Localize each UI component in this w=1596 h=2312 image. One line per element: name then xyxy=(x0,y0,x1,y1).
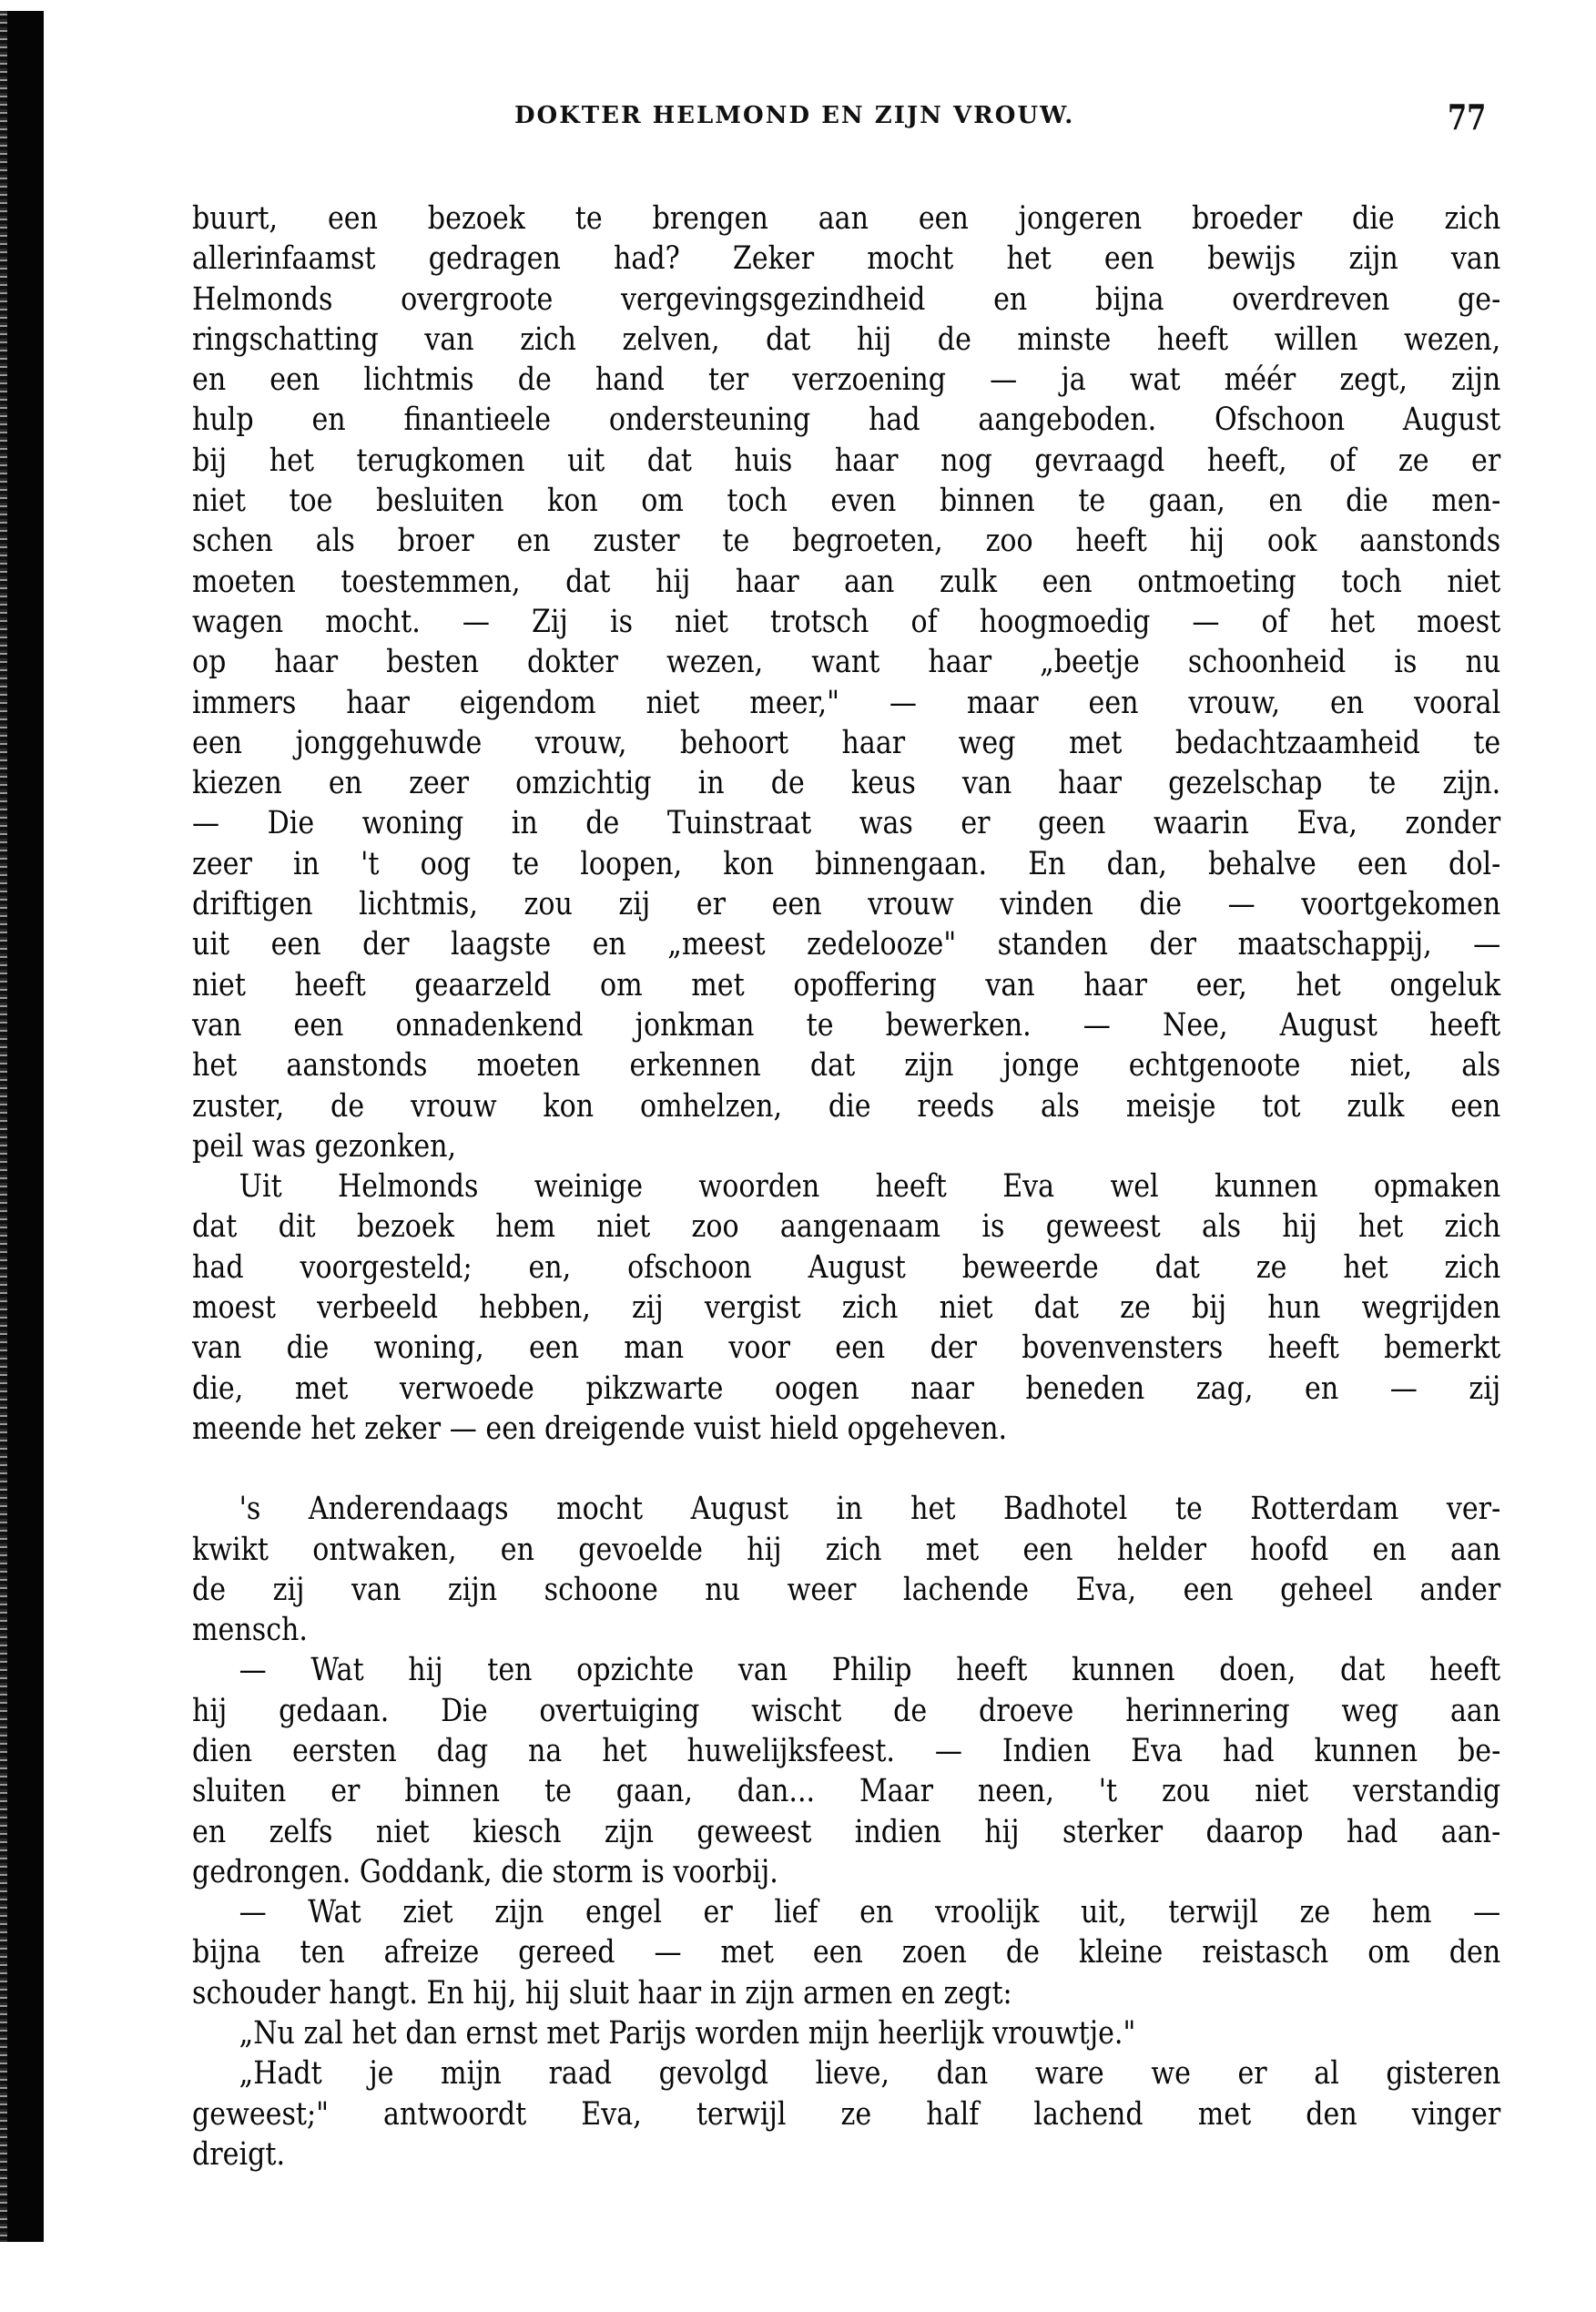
text-line: ringschatting van zich zelven, dat hij d… xyxy=(192,320,1500,360)
text-line: kiezen en zeer omzichtig in de keus van … xyxy=(192,763,1500,803)
text-line: „Nu zal het dan ernst met Parijs worden … xyxy=(192,2013,1500,2053)
text-line: 's Anderendaags mocht August in het Badh… xyxy=(192,1489,1500,1529)
text-line: moest verbeeld hebben, zij vergist zich … xyxy=(192,1288,1500,1328)
text-line: meende het zeker — een dreigende vuist h… xyxy=(192,1409,1500,1449)
text-line: Uit Helmonds weinige woorden heeft Eva w… xyxy=(192,1166,1500,1207)
section-break xyxy=(192,1449,1500,1489)
text-line: — Wat ziet zijn engel er lief en vroolij… xyxy=(192,1892,1500,1932)
text-line: uit een der laagste en „meest zedelooze"… xyxy=(192,924,1500,964)
text-line: peil was gezonken, xyxy=(192,1126,1500,1166)
text-line: wagen mocht. — Zij is niet trotsch of ho… xyxy=(192,602,1500,642)
text-line: geweest;" antwoordt Eva, terwijl ze half… xyxy=(192,2094,1500,2134)
paragraph: „Nu zal het dan ernst met Parijs worden … xyxy=(192,2013,1500,2053)
text-line: hulp en finantieele ondersteuning had aa… xyxy=(192,400,1500,440)
text-line: sluiten er binnen te gaan, dan... Maar n… xyxy=(192,1771,1500,1811)
text-line: bijna ten afreize gereed — met een zoen … xyxy=(192,1932,1500,1972)
paragraph: — Wat ziet zijn engel er lief en vroolij… xyxy=(192,1892,1500,2013)
text-line: die, met verwoede pikzwarte oogen naar b… xyxy=(192,1369,1500,1409)
text-line: buurt, een bezoek te brengen aan een jon… xyxy=(192,199,1500,239)
body-text: buurt, een bezoek te brengen aan een jon… xyxy=(192,199,1500,2175)
text-line: zeer in 't oog te loopen, kon binnengaan… xyxy=(192,844,1500,884)
text-line: hij gedaan. Die overtuiging wischt de dr… xyxy=(192,1691,1500,1731)
text-line: dreigt. xyxy=(192,2134,1500,2175)
page-number: 77 xyxy=(1448,97,1486,137)
text-line: allerinfaamst gedragen had? Zeker mocht … xyxy=(192,239,1500,279)
text-line: de zij van zijn schoone nu weer lachende… xyxy=(192,1570,1500,1610)
text-line: driftigen lichtmis, zou zij er een vrouw… xyxy=(192,884,1500,924)
text-line: gedrongen. Goddank, die storm is voorbij… xyxy=(192,1852,1500,1892)
text-line: schen als broer en zuster te begroeten, … xyxy=(192,521,1500,561)
text-line: en zelfs niet kiesch zijn geweest indien… xyxy=(192,1812,1500,1852)
text-line: op haar besten dokter wezen, want haar „… xyxy=(192,642,1500,682)
text-line: het aanstonds moeten erkennen dat zijn j… xyxy=(192,1045,1500,1085)
text-line: — Die woning in de Tuinstraat was er gee… xyxy=(192,803,1500,843)
paragraph: „Hadt je mijn raad gevolgd lieve, dan wa… xyxy=(192,2053,1500,2175)
text-line: had voorgesteld; en, ofschoon August bew… xyxy=(192,1248,1500,1288)
text-line: niet toe besluiten kon om toch even binn… xyxy=(192,481,1500,521)
text-line: dat dit bezoek hem niet zoo aangenaam is… xyxy=(192,1207,1500,1247)
paragraph: — Wat hij ten opzichte van Philip heeft … xyxy=(192,1650,1500,1892)
paragraph: 's Anderendaags mocht August in het Badh… xyxy=(192,1489,1500,1650)
text-line: schouder hangt. En hij, hij sluit haar i… xyxy=(192,1973,1500,2013)
text-line: van die woning, een man voor een der bov… xyxy=(192,1328,1500,1368)
text-line: kwikt ontwaken, en gevoelde hij zich met… xyxy=(192,1530,1500,1570)
text-line: niet heeft geaarzeld om met opoffering v… xyxy=(192,965,1500,1005)
text-line: dien eersten dag na het huwelijksfeest. … xyxy=(192,1731,1500,1771)
text-line: en een lichtmis de hand ter verzoening —… xyxy=(192,360,1500,400)
text-line: „Hadt je mijn raad gevolgd lieve, dan wa… xyxy=(192,2053,1500,2093)
text-line: immers haar eigendom niet meer," — maar … xyxy=(192,683,1500,723)
text-line: zuster, de vrouw kon omhelzen, die reeds… xyxy=(192,1086,1500,1126)
paragraph: Uit Helmonds weinige woorden heeft Eva w… xyxy=(192,1166,1500,1449)
text-line: moeten toestemmen, dat hij haar aan zulk… xyxy=(192,562,1500,602)
running-head: DOKTER HELMOND EN ZIJN VROUW. xyxy=(514,102,1074,129)
text-line: Helmonds overgroote vergevingsgezindheid… xyxy=(192,280,1500,320)
scan-binding-shadow xyxy=(7,11,44,2242)
text-line: mensch. xyxy=(192,1610,1500,1650)
text-line: van een onnadenkend jonkman te bewerken.… xyxy=(192,1005,1500,1045)
paragraph: buurt, een bezoek te brengen aan een jon… xyxy=(192,199,1500,1166)
text-line: bij het terugkomen uit dat huis haar nog… xyxy=(192,441,1500,481)
text-line: — Wat hij ten opzichte van Philip heeft … xyxy=(192,1650,1500,1690)
text-line: een jonggehuwde vrouw, behoort haar weg … xyxy=(192,723,1500,763)
